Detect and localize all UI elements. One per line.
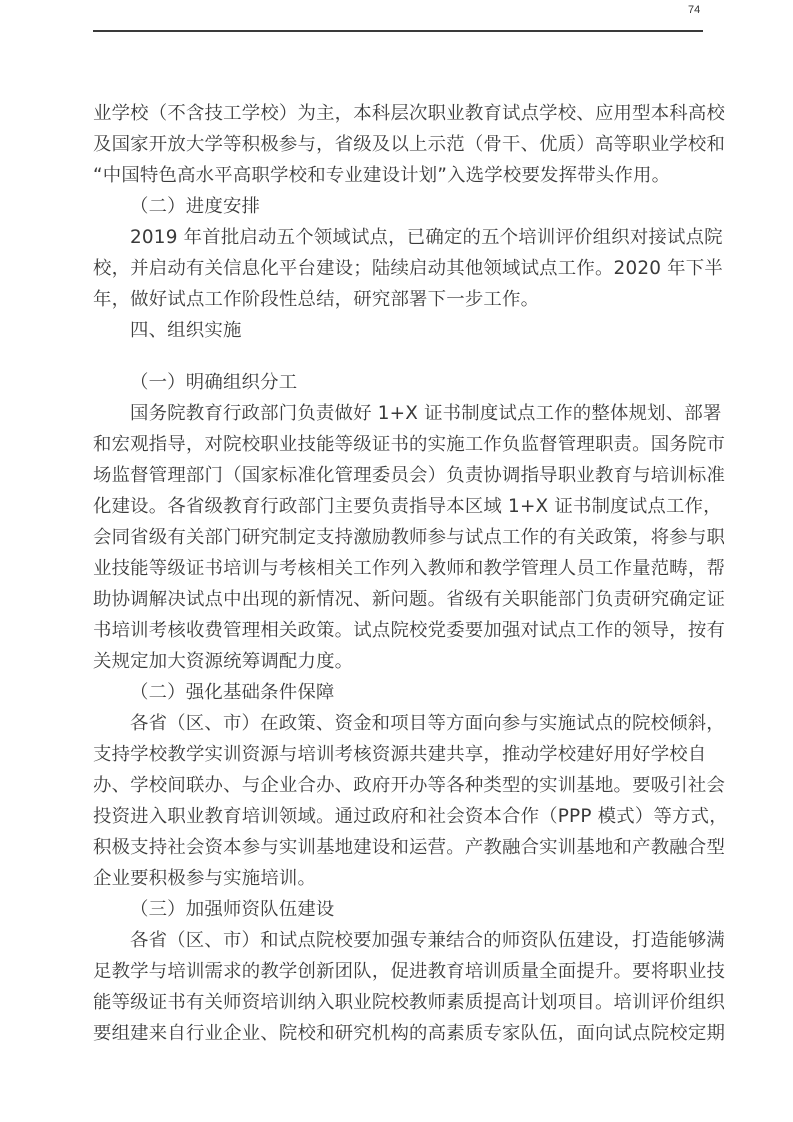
text-line: 支持学校教学实训资源与培训考核资源共建共享，推动学校建好用好学校自 (93, 739, 709, 770)
paragraph-division-of-labor: 国务院教育行政部门负责做好 1+X 证书制度试点工作的整体规划、部署 和宏观指导… (93, 398, 709, 677)
text-line: 及国家开放大学等积极参与，省级及以上示范（骨干、优质）高等职业学校和 (93, 129, 709, 160)
section-heading-division-of-labor: （一）明确组织分工 (93, 367, 709, 398)
text-line: 场监督管理部门（国家标准化管理委员会）负责协调指导职业教育与培训标准 (93, 460, 709, 491)
text-line: 积极支持社会资本参与实训基地建设和运营。产教融合实训基地和产教融合型 (93, 832, 709, 863)
text-line: 业学校（不含技工学校）为主，本科层次职业教育试点学校、应用型本科高校 (93, 98, 709, 129)
text-line: 关规定加大资源统筹调配力度。 (93, 646, 709, 677)
text-line: 和宏观指导，对院校职业技能等级证书的实施工作负监督管理职责。国务院市 (93, 429, 709, 460)
text-line: 国务院教育行政部门负责做好 1+X 证书制度试点工作的整体规划、部署 (93, 398, 709, 429)
paragraph-schedule: 2019 年首批启动五个领域试点，已确定的五个培训评价组织对接试点院 校，并启动… (93, 222, 709, 315)
page-number: 74 (688, 4, 700, 16)
text-line: 企业要积极参与实施培训。 (93, 863, 709, 894)
paragraph-teaching-staff: 各省（区、市）和试点院校要加强专兼结合的师资队伍建设，打造能够满 足教学与培训需… (93, 925, 709, 1049)
blank-gap (93, 346, 709, 367)
text-line: 会同省级有关部门研究制定支持激励教师参与试点工作的有关政策，将参与职 (93, 522, 709, 553)
text-line: “中国特色高水平高职学校和专业建设计划”入选学校要发挥带头作用。 (93, 160, 709, 191)
paragraph-participants: 业学校（不含技工学校）为主，本科层次职业教育试点学校、应用型本科高校 及国家开放… (93, 98, 709, 191)
section-heading-teaching-staff: （三）加强师资队伍建设 (93, 894, 709, 925)
text-line: 各省（区、市）和试点院校要加强专兼结合的师资队伍建设，打造能够满 (93, 925, 709, 956)
text-line: 年，做好试点工作阶段性总结，研究部署下一步工作。 (93, 284, 709, 315)
text-line: 足教学与培训需求的教学创新团队，促进教育培训质量全面提升。要将职业技 (93, 956, 709, 987)
text-line: 校，并启动有关信息化平台建设；陆续启动其他领域试点工作。2020 年下半 (93, 253, 709, 284)
text-line: 各省（区、市）在政策、资金和项目等方面向参与实施试点的院校倾斜， (93, 708, 709, 739)
paragraph-infrastructure: 各省（区、市）在政策、资金和项目等方面向参与实施试点的院校倾斜， 支持学校教学实… (93, 708, 709, 894)
document-body: 业学校（不含技工学校）为主，本科层次职业教育试点学校、应用型本科高校 及国家开放… (93, 98, 709, 1049)
text-line: 能等级证书有关师资培训纳入职业院校教师素质提高计划项目。培训评价组织 (93, 987, 709, 1018)
text-line: 投资进入职业教育培训领域。通过政府和社会资本合作（PPP 模式）等方式， (93, 801, 709, 832)
text-line: 书培训考核收费管理相关政策。试点院校党委要加强对试点工作的领导，按有 (93, 615, 709, 646)
text-line: 业技能等级证书培训与考核相关工作列入教师和教学管理人员工作量范畴，帮 (93, 553, 709, 584)
text-line: 办、学校间联办、与企业合办、政府开办等各种类型的实训基地。要吸引社会 (93, 770, 709, 801)
section-heading-infrastructure: （二）强化基础条件保障 (93, 677, 709, 708)
header-divider (93, 30, 703, 32)
section-heading-schedule: （二）进度安排 (93, 191, 709, 222)
text-line: 助协调解决试点中出现的新情况、新问题。省级有关职能部门负责研究确定证 (93, 584, 709, 615)
text-line: 要组建来自行业企业、院校和研究机构的高素质专家队伍，面向试点院校定期 (93, 1018, 709, 1049)
text-line: 2019 年首批启动五个领域试点，已确定的五个培训评价组织对接试点院 (93, 222, 709, 253)
chapter-heading-implementation: 四、组织实施 (93, 315, 709, 346)
text-line: 化建设。各省级教育行政部门主要负责指导本区域 1+X 证书制度试点工作， (93, 491, 709, 522)
